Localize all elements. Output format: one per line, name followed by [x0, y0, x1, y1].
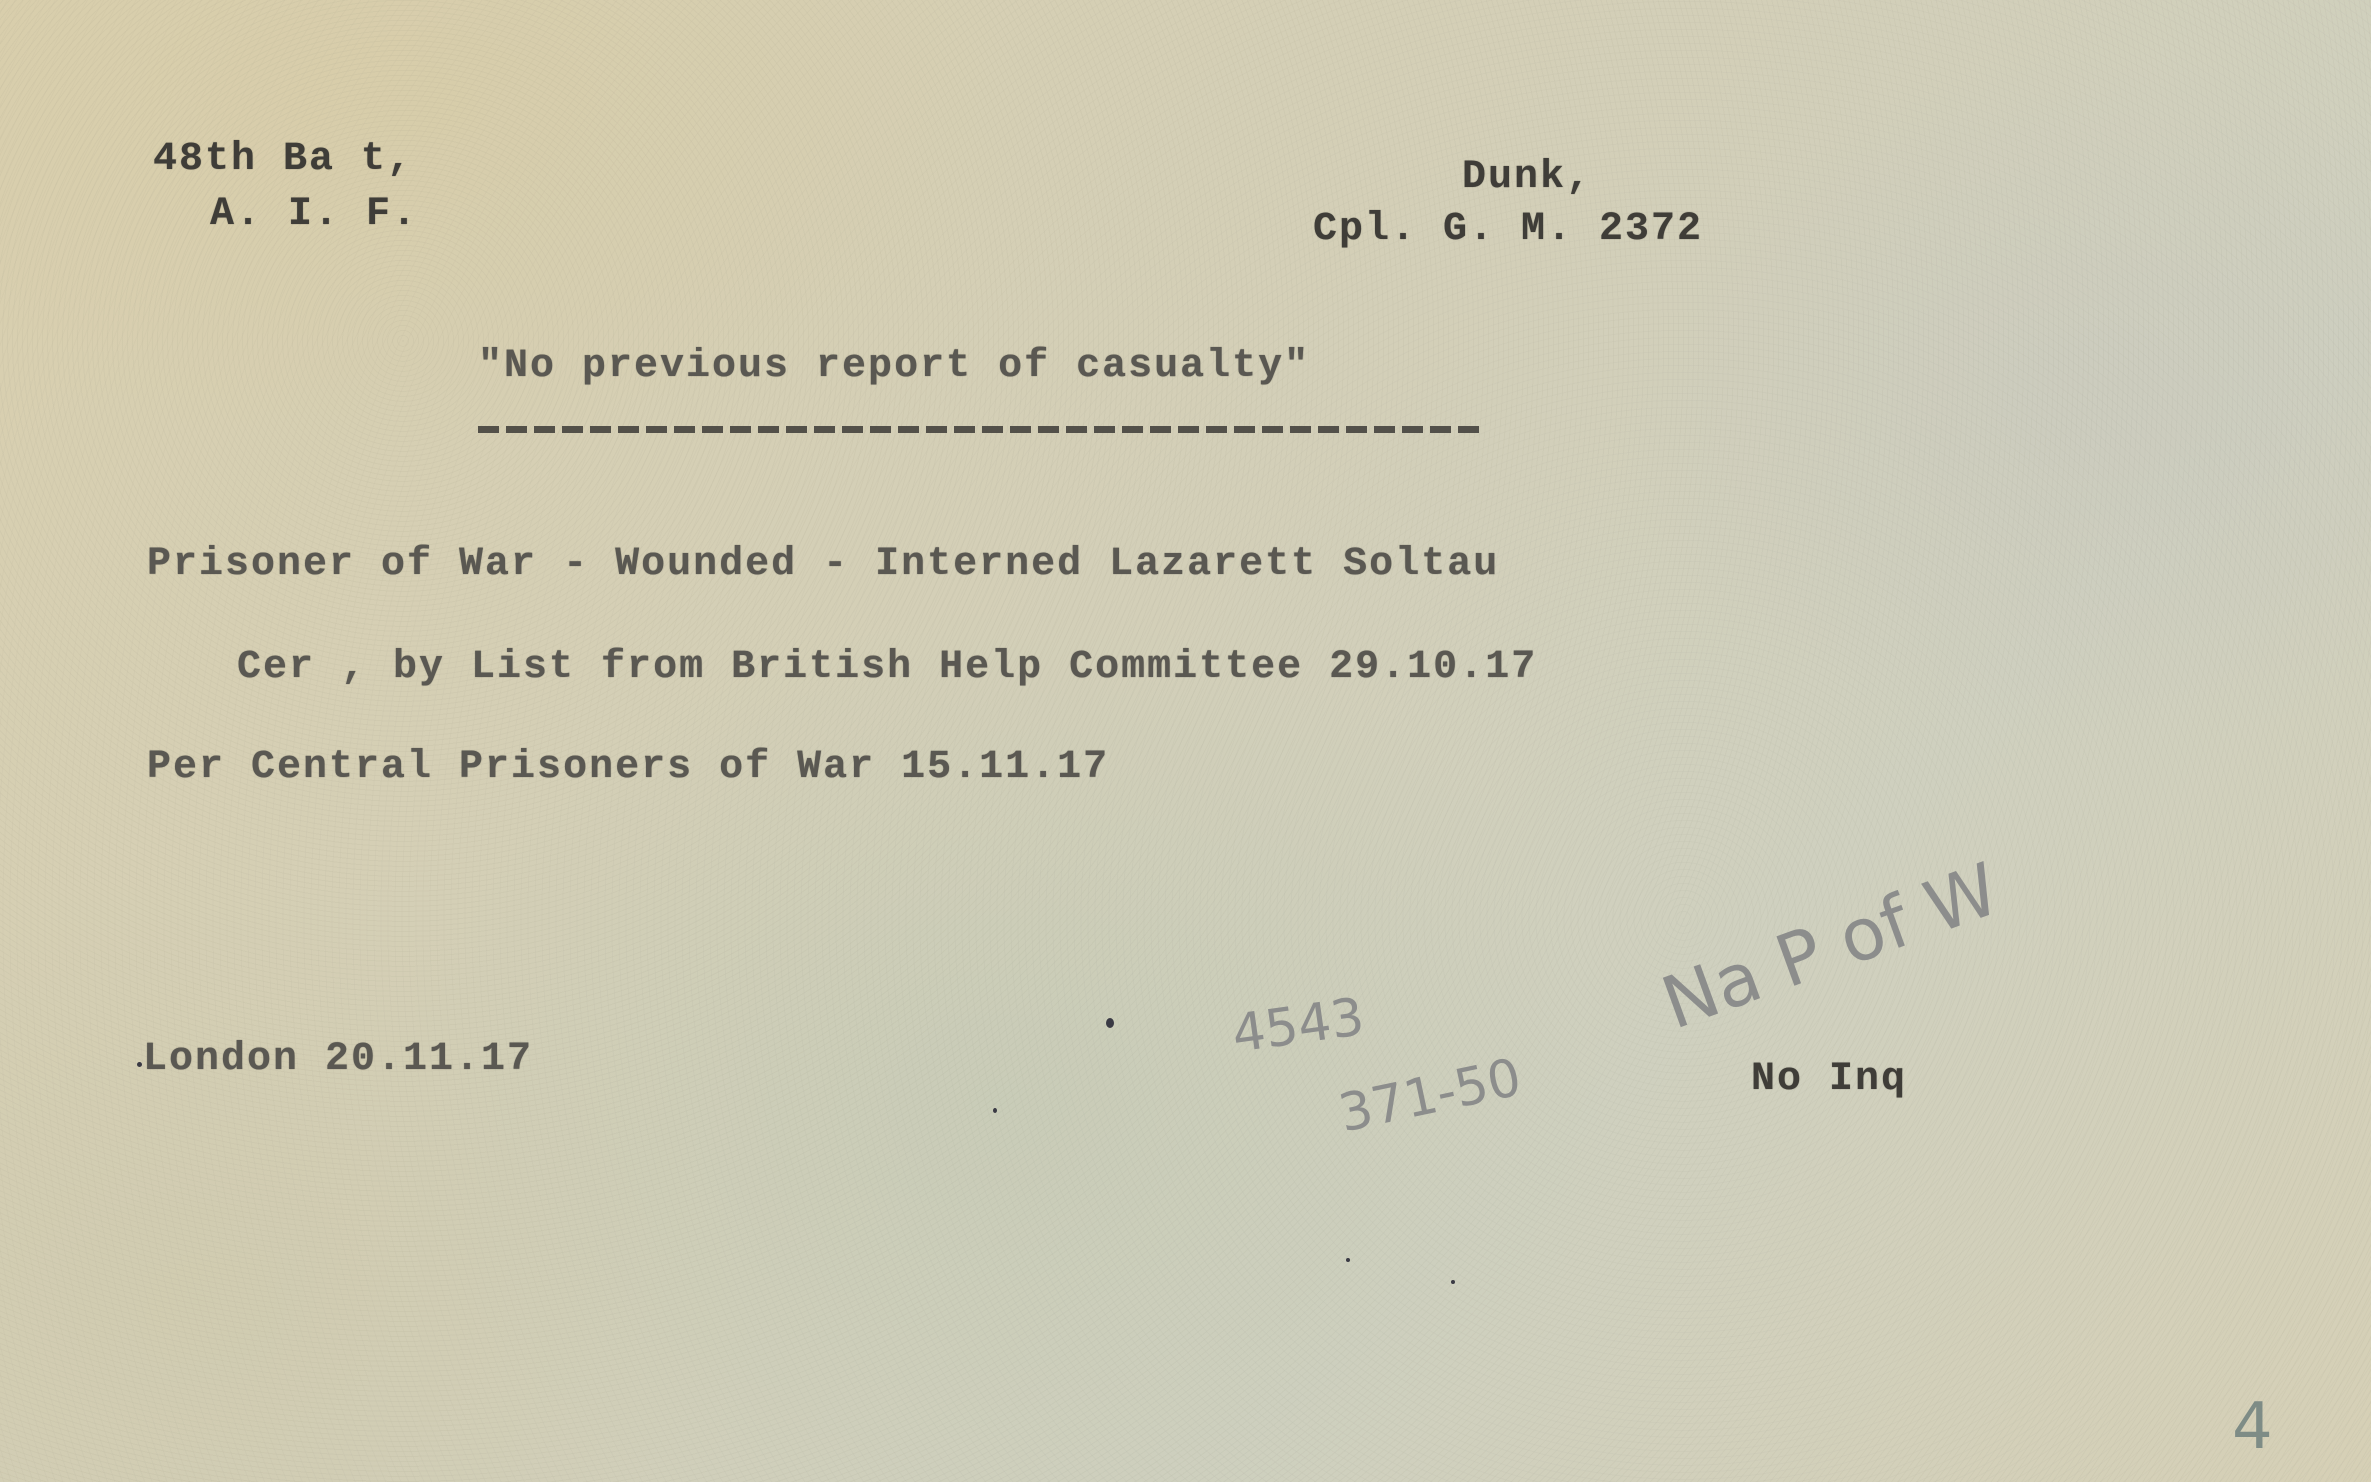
heading-underline — [478, 426, 1486, 433]
soldier-rank-number: Cpl. G. M. 2372 — [1313, 210, 1703, 250]
body-line-status: Prisoner of War - Wounded - Interned Laz… — [147, 545, 1499, 585]
soldier-surname: Dunk, — [1462, 158, 1592, 198]
body-line-certification: Cer , by List from British Help Committe… — [237, 648, 1537, 688]
handwritten-page-number: 4 — [2232, 1395, 2273, 1459]
ink-speck — [1346, 1258, 1350, 1262]
ink-speck — [1106, 1018, 1114, 1028]
inquiry-status: No Inq — [1751, 1060, 1907, 1100]
ink-speck — [137, 1062, 142, 1067]
body-line-source: Per Central Prisoners of War 15.11.17 — [147, 748, 1109, 788]
ink-speck — [993, 1108, 997, 1113]
casualty-heading: "No previous report of casualty" — [478, 347, 1310, 387]
unit-line-2: A. I. F. — [210, 195, 418, 235]
ink-speck — [1451, 1280, 1455, 1284]
place-date: London 20.11.17 — [143, 1040, 533, 1080]
unit-line-1: 48th Ba t, — [153, 140, 413, 180]
